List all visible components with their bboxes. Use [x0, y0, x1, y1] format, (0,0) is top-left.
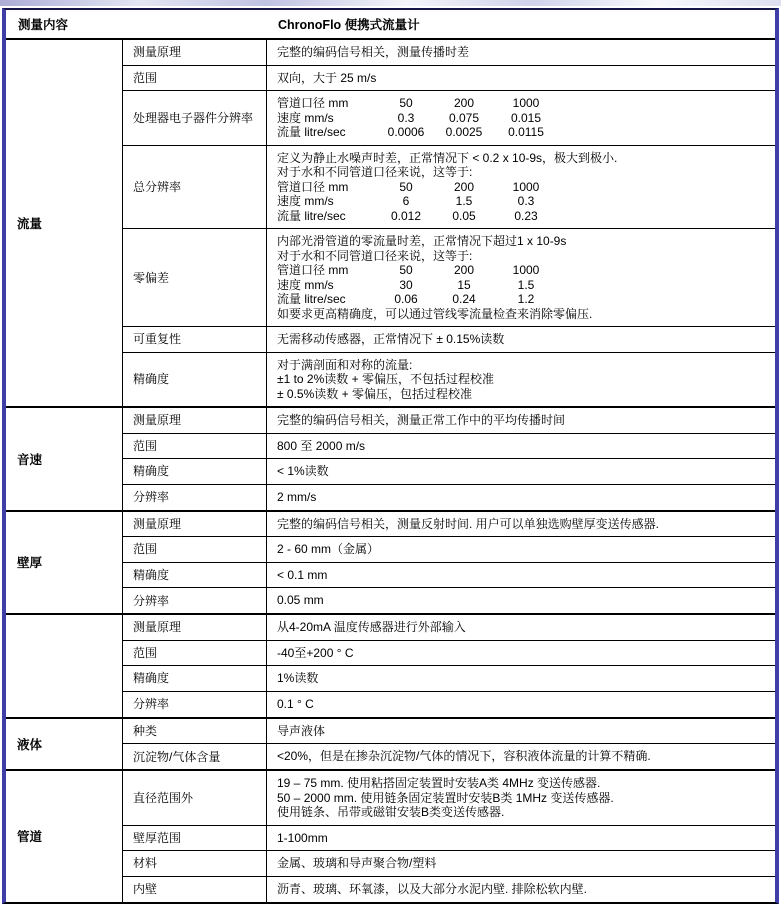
section-rows: 直径范围外19 – 75 mm. 使用粘搭固定装置时安装A类 4MHz 变送传感… — [123, 771, 775, 902]
value-table-cell: 50 — [377, 263, 435, 278]
spec-label: 分辨率 — [123, 692, 267, 717]
spec-value: 19 – 75 mm. 使用粘搭固定装置时安装A类 4MHz 变送传感器.50 … — [267, 771, 775, 825]
spec-row: 处理器电子器件分辨率管道口径 mm502001000速度 mm/s0.30.07… — [123, 91, 775, 146]
category-cell: 壁厚 — [6, 512, 123, 614]
value-table-label: 流量 litre/sec — [277, 292, 377, 307]
value-table-label: 速度 mm/s — [277, 194, 377, 209]
value-table-cell: 1.5 — [493, 278, 559, 293]
spec-label: 分辨率 — [123, 588, 267, 613]
value-table-line: 流量 litre/sec0.00060.00250.0115 — [277, 125, 767, 140]
spec-row: 测量原理完整的编码信号相关，测量正常工作中的平均传播时间 — [123, 408, 775, 434]
value-table-cell: 0.23 — [493, 209, 559, 224]
value-table-line: 管道口径 mm502001000 — [277, 180, 767, 195]
table-header-row: 测量内容 ChronoFlo 便携式流量计 — [6, 10, 775, 40]
value-table-cell: 0.0025 — [435, 125, 493, 140]
spec-row: 测量原理完整的编码信号相关，测量反射时间. 用户可以单独选购壁厚变送传感器. — [123, 512, 775, 538]
value-table-cell: 1.5 — [435, 194, 493, 209]
spec-label: 范围 — [123, 641, 267, 666]
spec-label: 精确度 — [123, 459, 267, 484]
value-table-line: 速度 mm/s61.50.3 — [277, 194, 767, 209]
section-temperature: 测量原理从4-20mA 温度传感器进行外部输入范围-40至+200 ° C精确度… — [6, 615, 775, 719]
spec-row: 壁厚范围1-100mm — [123, 826, 775, 852]
spec-label: 测量原理 — [123, 512, 267, 537]
value-table-label: 管道口径 mm — [277, 263, 377, 278]
value-line: 对于满剖面和对称的流量: — [277, 358, 767, 373]
spec-value: 导声液体 — [267, 719, 775, 744]
value-table-cell: 50 — [377, 180, 435, 195]
value-table-cell: 0.0006 — [377, 125, 435, 140]
spec-value: 沥青、玻璃、环氧漆，以及大部分水泥内壁. 排除松软内壁. — [267, 877, 775, 902]
value-line: 导声液体 — [277, 724, 767, 739]
spec-label: 范围 — [123, 537, 267, 562]
header-product-title: ChronoFlo 便携式流量计 — [268, 15, 775, 33]
value-table-cell: 0.05 — [435, 209, 493, 224]
spec-label: 零偏差 — [123, 229, 267, 326]
value-table-cell: 6 — [377, 194, 435, 209]
value-table-label: 管道口径 mm — [277, 96, 377, 111]
value-line: 内部光滑管道的零流量时差，正常情况下超过1 x 10-9s — [277, 234, 767, 249]
value-line: 无需移动传感器，正常情况下 ± 0.15%读数 — [277, 332, 767, 347]
spec-row: 精确度< 0.1 mm — [123, 563, 775, 589]
value-table-label: 速度 mm/s — [277, 278, 377, 293]
spec-value: 0.05 mm — [267, 588, 775, 613]
value-table-label: 流量 litre/sec — [277, 209, 377, 224]
category-cell: 音速 — [6, 408, 123, 510]
section-pipe: 管道直径范围外19 – 75 mm. 使用粘搭固定装置时安装A类 4MHz 变送… — [6, 771, 775, 902]
spec-row: 测量原理完整的编码信号相关，测量传播时差 — [123, 40, 775, 66]
spec-row: 范围双向，大于 25 m/s — [123, 66, 775, 92]
spec-row: 种类导声液体 — [123, 719, 775, 745]
value-table-cell: 1000 — [493, 263, 559, 278]
value-table-cell: 0.3 — [377, 111, 435, 126]
spec-value: 1-100mm — [267, 826, 775, 851]
value-line: -40至+200 ° C — [277, 646, 767, 661]
category-cell: 管道 — [6, 771, 123, 902]
value-table-cell: 50 — [377, 96, 435, 111]
value-line: ±1 to 2%读数 + 零偏压，不包括过程校准 — [277, 372, 767, 387]
section-rows: 测量原理完整的编码信号相关，测量传播时差范围双向，大于 25 m/s处理器电子器… — [123, 40, 775, 406]
value-line: 使用链条、吊带或磁钳安装B类变送传感器. — [277, 805, 767, 820]
value-table-cell: 0.24 — [435, 292, 493, 307]
spec-value: 完整的编码信号相关，测量正常工作中的平均传播时间 — [267, 408, 775, 433]
spec-label: 测量原理 — [123, 40, 267, 65]
value-line: 双向，大于 25 m/s — [277, 71, 767, 86]
spec-row: 内壁沥青、玻璃、环氧漆，以及大部分水泥内壁. 排除松软内壁. — [123, 877, 775, 902]
value-table-cell: 0.012 — [377, 209, 435, 224]
spec-label: 测量原理 — [123, 615, 267, 640]
section-rows: 测量原理完整的编码信号相关，测量正常工作中的平均传播时间范围800 至 2000… — [123, 408, 775, 510]
value-line: 对于水和不同管道口径来说，这等于: — [277, 165, 767, 180]
value-line: 定义为静止水噪声时差，正常情况下 < 0.2 x 10-9s，极大到极小. — [277, 151, 767, 166]
value-table-cell: 0.3 — [493, 194, 559, 209]
value-line: 1-100mm — [277, 831, 767, 846]
value-table-line: 管道口径 mm502001000 — [277, 96, 767, 111]
value-line: 完整的编码信号相关，测量正常工作中的平均传播时间 — [277, 413, 767, 428]
spec-value: 800 至 2000 m/s — [267, 434, 775, 459]
spec-value: 2 mm/s — [267, 485, 775, 510]
spec-row: 范围-40至+200 ° C — [123, 641, 775, 667]
value-line: < 1%读数 — [277, 464, 767, 479]
section-rows: 测量原理从4-20mA 温度传感器进行外部输入范围-40至+200 ° C精确度… — [123, 615, 775, 717]
value-table-cell: 30 — [377, 278, 435, 293]
spec-row: 材料金属、玻璃和导声聚合物/塑料 — [123, 851, 775, 877]
spec-row: 精确度1%读数 — [123, 666, 775, 692]
spec-row: 分辨率2 mm/s — [123, 485, 775, 510]
spec-label: 处理器电子器件分辨率 — [123, 91, 267, 145]
header-measure-label: 测量内容 — [6, 15, 268, 33]
section-wall-thickness: 壁厚测量原理完整的编码信号相关，测量反射时间. 用户可以单独选购壁厚变送传感器.… — [6, 512, 775, 616]
spec-value: 从4-20mA 温度传感器进行外部输入 — [267, 615, 775, 640]
value-table-cell: 200 — [435, 180, 493, 195]
spec-label: 范围 — [123, 66, 267, 91]
section-flow: 流量测量原理完整的编码信号相关，测量传播时差范围双向，大于 25 m/s处理器电… — [6, 40, 775, 408]
value-table-line: 速度 mm/s30151.5 — [277, 278, 767, 293]
category-cell — [6, 615, 123, 717]
category-cell: 液体 — [6, 719, 123, 770]
spec-value: 无需移动传感器，正常情况下 ± 0.15%读数 — [267, 327, 775, 352]
value-line: 完整的编码信号相关，测量传播时差 — [277, 45, 767, 60]
spec-value: 定义为静止水噪声时差，正常情况下 < 0.2 x 10-9s，极大到极小.对于水… — [267, 146, 775, 229]
value-table-line: 速度 mm/s0.30.0750.015 — [277, 111, 767, 126]
value-line: 19 – 75 mm. 使用粘搭固定装置时安装A类 4MHz 变送传感器. — [277, 776, 767, 791]
value-line: 2 mm/s — [277, 490, 767, 505]
value-line: 0.05 mm — [277, 593, 767, 608]
spec-row: 可重复性无需移动传感器，正常情况下 ± 0.15%读数 — [123, 327, 775, 353]
spec-value: 完整的编码信号相关，测量反射时间. 用户可以单独选购壁厚变送传感器. — [267, 512, 775, 537]
value-line: 沥青、玻璃、环氧漆，以及大部分水泥内壁. 排除松软内壁. — [277, 882, 767, 897]
value-table-cell: 0.015 — [493, 111, 559, 126]
spec-row: 零偏差内部光滑管道的零流量时差，正常情况下超过1 x 10-9s对于水和不同管道… — [123, 229, 775, 327]
value-line: 完整的编码信号相关，测量反射时间. 用户可以单独选购壁厚变送传感器. — [277, 517, 767, 532]
spec-label: 材料 — [123, 851, 267, 876]
spec-label: 精确度 — [123, 353, 267, 407]
value-table-label: 管道口径 mm — [277, 180, 377, 195]
spec-value: 2 - 60 mm（金属） — [267, 537, 775, 562]
spec-row: 精确度< 1%读数 — [123, 459, 775, 485]
value-table-cell: 1000 — [493, 180, 559, 195]
value-table-line: 管道口径 mm502001000 — [277, 263, 767, 278]
section-rows: 测量原理完整的编码信号相关，测量反射时间. 用户可以单独选购壁厚变送传感器.范围… — [123, 512, 775, 614]
value-line: < 0.1 mm — [277, 568, 767, 583]
value-line: 2 - 60 mm（金属） — [277, 542, 767, 557]
value-table-cell: 0.0115 — [493, 125, 559, 140]
spec-value: 1%读数 — [267, 666, 775, 691]
value-table-cell: 1000 — [493, 96, 559, 111]
spec-table-body: 流量测量原理完整的编码信号相关，测量传播时差范围双向，大于 25 m/s处理器电… — [6, 40, 775, 902]
value-line: 对于水和不同管道口径来说，这等于: — [277, 249, 767, 264]
value-table-line: 流量 litre/sec0.0120.050.23 — [277, 209, 767, 224]
value-line: <20%，但是在掺杂沉淀物/气体的情况下，容积液体流量的计算不精确. — [277, 749, 767, 764]
spec-value: < 0.1 mm — [267, 563, 775, 588]
spec-label: 壁厚范围 — [123, 826, 267, 851]
value-line: 1%读数 — [277, 671, 767, 686]
spec-value: 完整的编码信号相关，测量传播时差 — [267, 40, 775, 65]
spec-label: 直径范围外 — [123, 771, 267, 825]
value-table-cell: 200 — [435, 263, 493, 278]
value-table-cell: 15 — [435, 278, 493, 293]
value-table-label: 流量 litre/sec — [277, 125, 377, 140]
spec-row: 测量原理从4-20mA 温度传感器进行外部输入 — [123, 615, 775, 641]
spec-value: 金属、玻璃和导声聚合物/塑料 — [267, 851, 775, 876]
spec-label: 内壁 — [123, 877, 267, 902]
spec-value: 0.1 ° C — [267, 692, 775, 717]
spec-value: 双向，大于 25 m/s — [267, 66, 775, 91]
spec-row: 范围2 - 60 mm（金属） — [123, 537, 775, 563]
section-liquid: 液体种类导声液体沉淀物/气体含量<20%，但是在掺杂沉淀物/气体的情况下，容积液… — [6, 719, 775, 772]
value-line: 从4-20mA 温度传感器进行外部输入 — [277, 620, 767, 635]
value-table-cell: 0.075 — [435, 111, 493, 126]
spec-label: 沉淀物/气体含量 — [123, 744, 267, 769]
spec-value: -40至+200 ° C — [267, 641, 775, 666]
spec-value: 管道口径 mm502001000速度 mm/s0.30.0750.015流量 l… — [267, 91, 775, 145]
spec-value: 内部光滑管道的零流量时差，正常情况下超过1 x 10-9s对于水和不同管道口径来… — [267, 229, 775, 326]
value-line: ± 0.5%读数 + 零偏压，包括过程校准 — [277, 387, 767, 402]
spec-row: 分辨率0.1 ° C — [123, 692, 775, 717]
spec-label: 精确度 — [123, 666, 267, 691]
document-page: 测量内容 ChronoFlo 便携式流量计 流量测量原理完整的编码信号相关，测量… — [0, 6, 781, 904]
spec-table: 测量内容 ChronoFlo 便携式流量计 流量测量原理完整的编码信号相关，测量… — [2, 8, 779, 904]
spec-label: 总分辨率 — [123, 146, 267, 229]
value-line: 0.1 ° C — [277, 697, 767, 712]
value-table-cell: 1.2 — [493, 292, 559, 307]
category-cell: 流量 — [6, 40, 123, 406]
value-table-line: 流量 litre/sec0.060.241.2 — [277, 292, 767, 307]
spec-value: <20%，但是在掺杂沉淀物/气体的情况下，容积液体流量的计算不精确. — [267, 744, 775, 769]
value-line: 如要求更高精确度，可以通过管线零流量检查来消除零偏压. — [277, 307, 767, 322]
spec-row: 范围800 至 2000 m/s — [123, 434, 775, 460]
value-line: 800 至 2000 m/s — [277, 439, 767, 454]
spec-label: 可重复性 — [123, 327, 267, 352]
spec-value: 对于满剖面和对称的流量:±1 to 2%读数 + 零偏压，不包括过程校准± 0.… — [267, 353, 775, 407]
section-rows: 种类导声液体沉淀物/气体含量<20%，但是在掺杂沉淀物/气体的情况下，容积液体流… — [123, 719, 775, 770]
spec-label: 种类 — [123, 719, 267, 744]
section-sound-speed: 音速测量原理完整的编码信号相关，测量正常工作中的平均传播时间范围800 至 20… — [6, 408, 775, 512]
spec-row: 沉淀物/气体含量<20%，但是在掺杂沉淀物/气体的情况下，容积液体流量的计算不精… — [123, 744, 775, 769]
value-line: 金属、玻璃和导声聚合物/塑料 — [277, 856, 767, 871]
spec-label: 分辨率 — [123, 485, 267, 510]
spec-row: 精确度对于满剖面和对称的流量:±1 to 2%读数 + 零偏压，不包括过程校准±… — [123, 353, 775, 407]
value-table-label: 速度 mm/s — [277, 111, 377, 126]
value-table-cell: 200 — [435, 96, 493, 111]
spec-row: 直径范围外19 – 75 mm. 使用粘搭固定装置时安装A类 4MHz 变送传感… — [123, 771, 775, 826]
value-line: 50 – 2000 mm. 使用链条固定装置时安装B类 1MHz 变送传感器. — [277, 791, 767, 806]
value-table-cell: 0.06 — [377, 292, 435, 307]
spec-label: 精确度 — [123, 563, 267, 588]
spec-row: 总分辨率定义为静止水噪声时差，正常情况下 < 0.2 x 10-9s，极大到极小… — [123, 146, 775, 230]
spec-value: < 1%读数 — [267, 459, 775, 484]
spec-label: 测量原理 — [123, 408, 267, 433]
spec-label: 范围 — [123, 434, 267, 459]
spec-row: 分辨率0.05 mm — [123, 588, 775, 613]
